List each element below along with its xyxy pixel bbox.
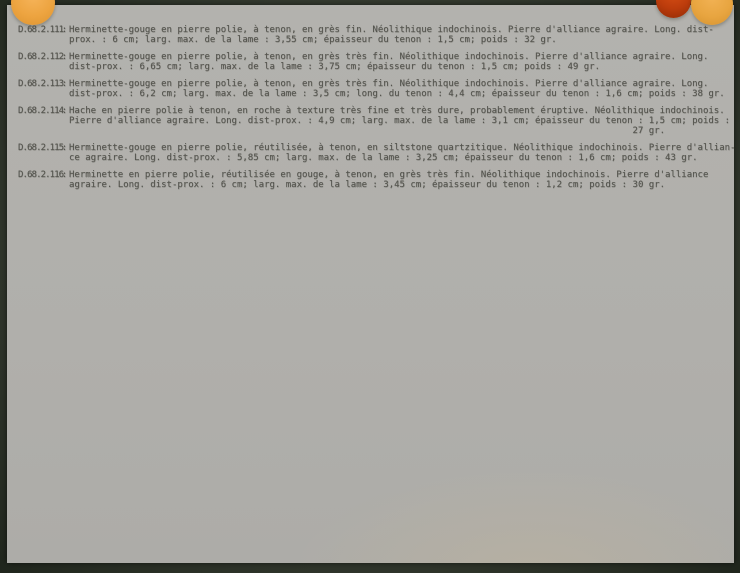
entry-text: Herminette-gouge en pierre polie, à teno… xyxy=(69,25,732,45)
entry-separator: : xyxy=(60,79,69,89)
entry-text-line: prox. : 6 cm; larg. max. de la lame : 3,… xyxy=(69,35,732,45)
entry-separator: : xyxy=(60,143,69,153)
entry-text: Herminette-gouge en pierre polie, à teno… xyxy=(69,79,732,99)
entry-id: D.68.2.115 xyxy=(18,143,60,153)
entry-id: D.68.2.114 xyxy=(18,106,60,116)
catalog-entry: D.68.2.113:Herminette-gouge en pierre po… xyxy=(18,79,732,99)
catalog-page: D.68.2.111:Herminette-gouge en pierre po… xyxy=(7,5,734,563)
catalog-entry: D.68.2.114:Hache en pierre polie à tenon… xyxy=(18,106,732,136)
entry-text: Herminette en pierre polie, réutilisée e… xyxy=(69,170,732,190)
entry-text: Herminette-gouge en pierre polie, réutil… xyxy=(69,143,732,163)
entry-text-line: Pierre d'alliance agraire. Long. dist-pr… xyxy=(69,116,732,126)
entry-text: Herminette-gouge en pierre polie, à teno… xyxy=(69,52,732,72)
entry-id: D.68.2.112 xyxy=(18,52,60,62)
entry-separator: : xyxy=(60,170,69,180)
entry-text-line: 27 gr. xyxy=(69,126,732,136)
catalog-entry: D.68.2.115:Herminette-gouge en pierre po… xyxy=(18,143,732,163)
entry-id: D.68.2.113 xyxy=(18,79,60,89)
catalog-entry: D.68.2.112:Herminette-gouge en pierre po… xyxy=(18,52,732,72)
entry-text-line: Herminette-gouge en pierre polie, réutil… xyxy=(69,143,732,153)
entries: D.68.2.111:Herminette-gouge en pierre po… xyxy=(18,25,732,197)
entry-text-line: Hache en pierre polie à tenon, en roche … xyxy=(69,106,732,116)
entry-text-line: agraire. Long. dist-prox. : 6 cm; larg. … xyxy=(69,180,732,190)
catalog-entry: D.68.2.111:Herminette-gouge en pierre po… xyxy=(18,25,732,45)
entry-text-line: dist-prox. : 6,2 cm; larg. max. de la la… xyxy=(69,89,732,99)
entry-text: Hache en pierre polie à tenon, en roche … xyxy=(69,106,732,136)
entry-text-line: Herminette-gouge en pierre polie, à teno… xyxy=(69,79,732,89)
entry-id: D.68.2.116 xyxy=(18,170,60,180)
entry-text-line: ce agraire. Long. dist-prox. : 5,85 cm; … xyxy=(69,153,732,163)
entry-separator: : xyxy=(60,25,69,35)
entry-separator: : xyxy=(60,106,69,116)
entry-text-line: Herminette-gouge en pierre polie, à teno… xyxy=(69,52,732,62)
entry-separator: : xyxy=(60,52,69,62)
catalog-entry: D.68.2.116:Herminette en pierre polie, r… xyxy=(18,170,732,190)
entry-id: D.68.2.111 xyxy=(18,25,60,35)
entry-text-line: Herminette-gouge en pierre polie, à teno… xyxy=(69,25,732,35)
entry-text-line: Herminette en pierre polie, réutilisée e… xyxy=(69,170,732,180)
entry-text-line: dist-prox. : 6,65 cm; larg. max. de la l… xyxy=(69,62,732,72)
scanned-catalog-card: D.68.2.111:Herminette-gouge en pierre po… xyxy=(0,0,740,573)
